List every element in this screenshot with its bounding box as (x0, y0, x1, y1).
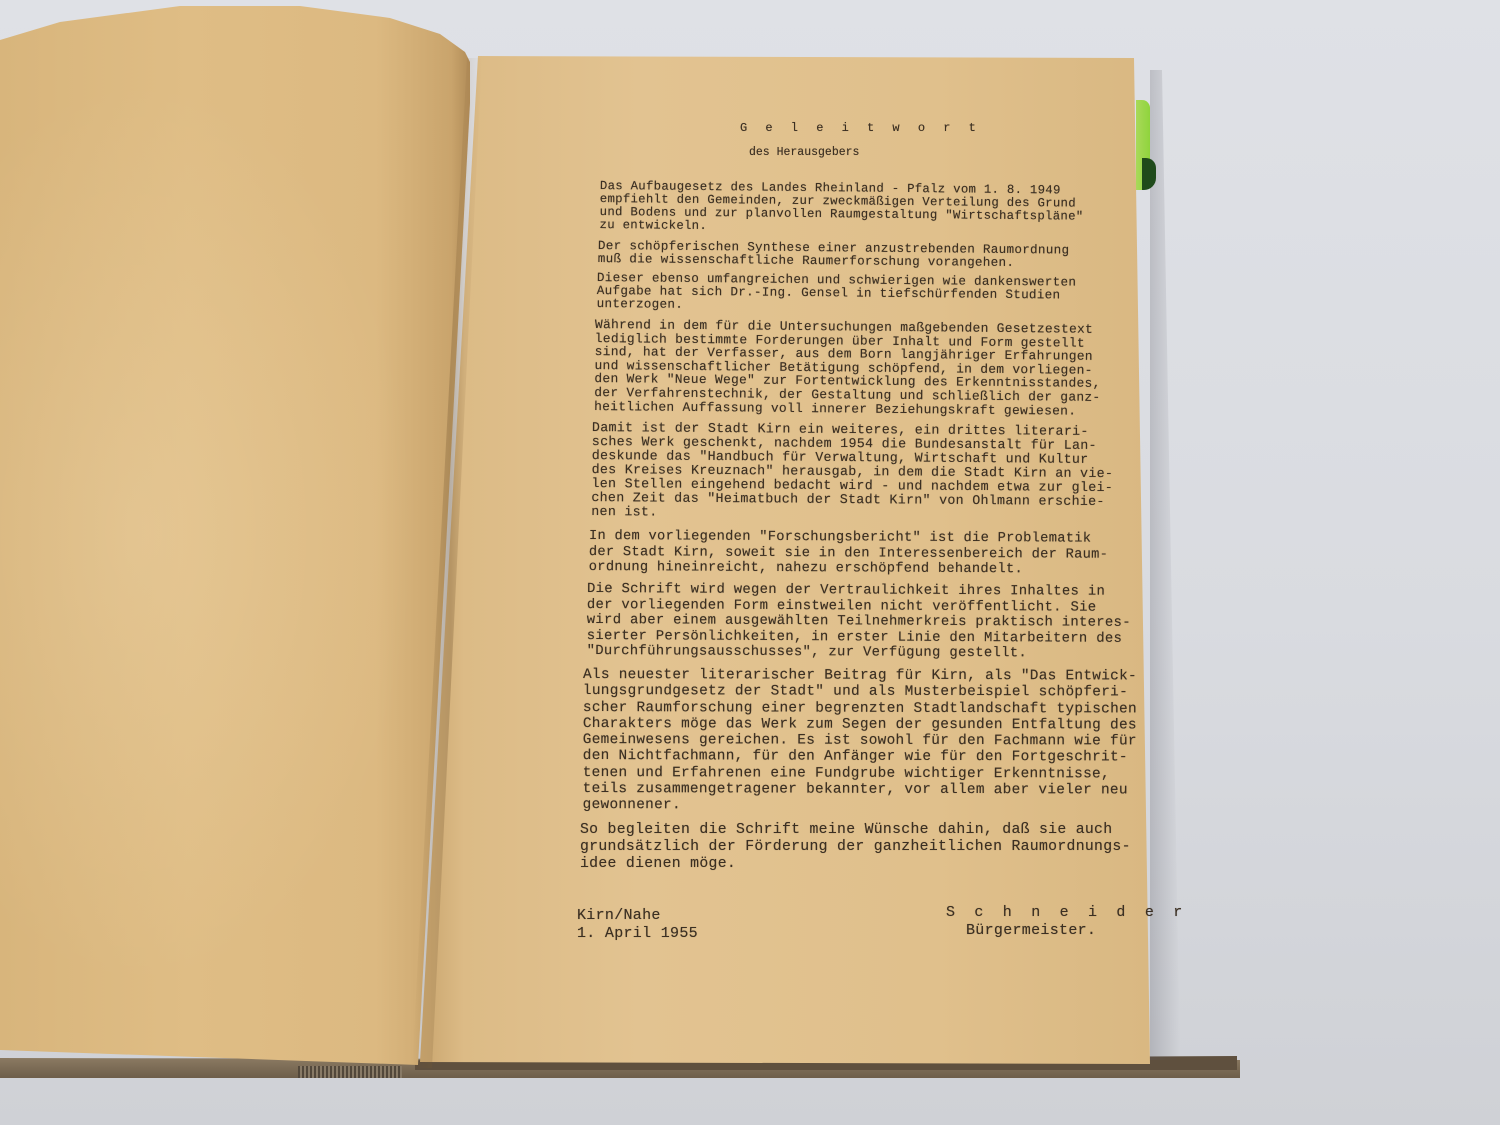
paragraph-6: In dem vorliegenden "Forschungsbericht" … (589, 529, 1109, 578)
paragraph-9: So begleiten die Schrift meine Wünsche d… (580, 822, 1131, 873)
signature-title: Bürgermeister. (966, 924, 1096, 938)
left-page-blank (0, 0, 470, 1065)
paragraph-1: Das Aufbaugesetz des Landes Rheinland - … (600, 180, 1084, 237)
signature-name: S c h n e i d e r (946, 906, 1187, 920)
place-and-date: Kirn/Nahe 1. April 1955 (577, 907, 698, 943)
spine-cloth-binding (298, 1066, 402, 1078)
paragraph-4: Während in dem für die Untersuchungen ma… (594, 318, 1101, 418)
paragraph-2: Der schöpferischen Synthese einer anzust… (598, 240, 1070, 271)
page-subheading: des Herausgebers (749, 146, 859, 159)
paragraph-3: Dieser ebenso umfangreichen und schwieri… (597, 272, 1077, 316)
paragraph-7: Die Schrift wird wegen der Vertraulichke… (587, 582, 1131, 662)
paragraph-5: Damit ist der Stadt Kirn ein weiteres, e… (591, 421, 1113, 523)
page-heading: G e l e i t w o r t (740, 121, 981, 135)
open-book-photo: G e l e i t w o r t des Herausgebers Das… (0, 0, 1500, 1125)
paragraph-8: Als neuester literarischer Beitrag für K… (583, 667, 1137, 815)
